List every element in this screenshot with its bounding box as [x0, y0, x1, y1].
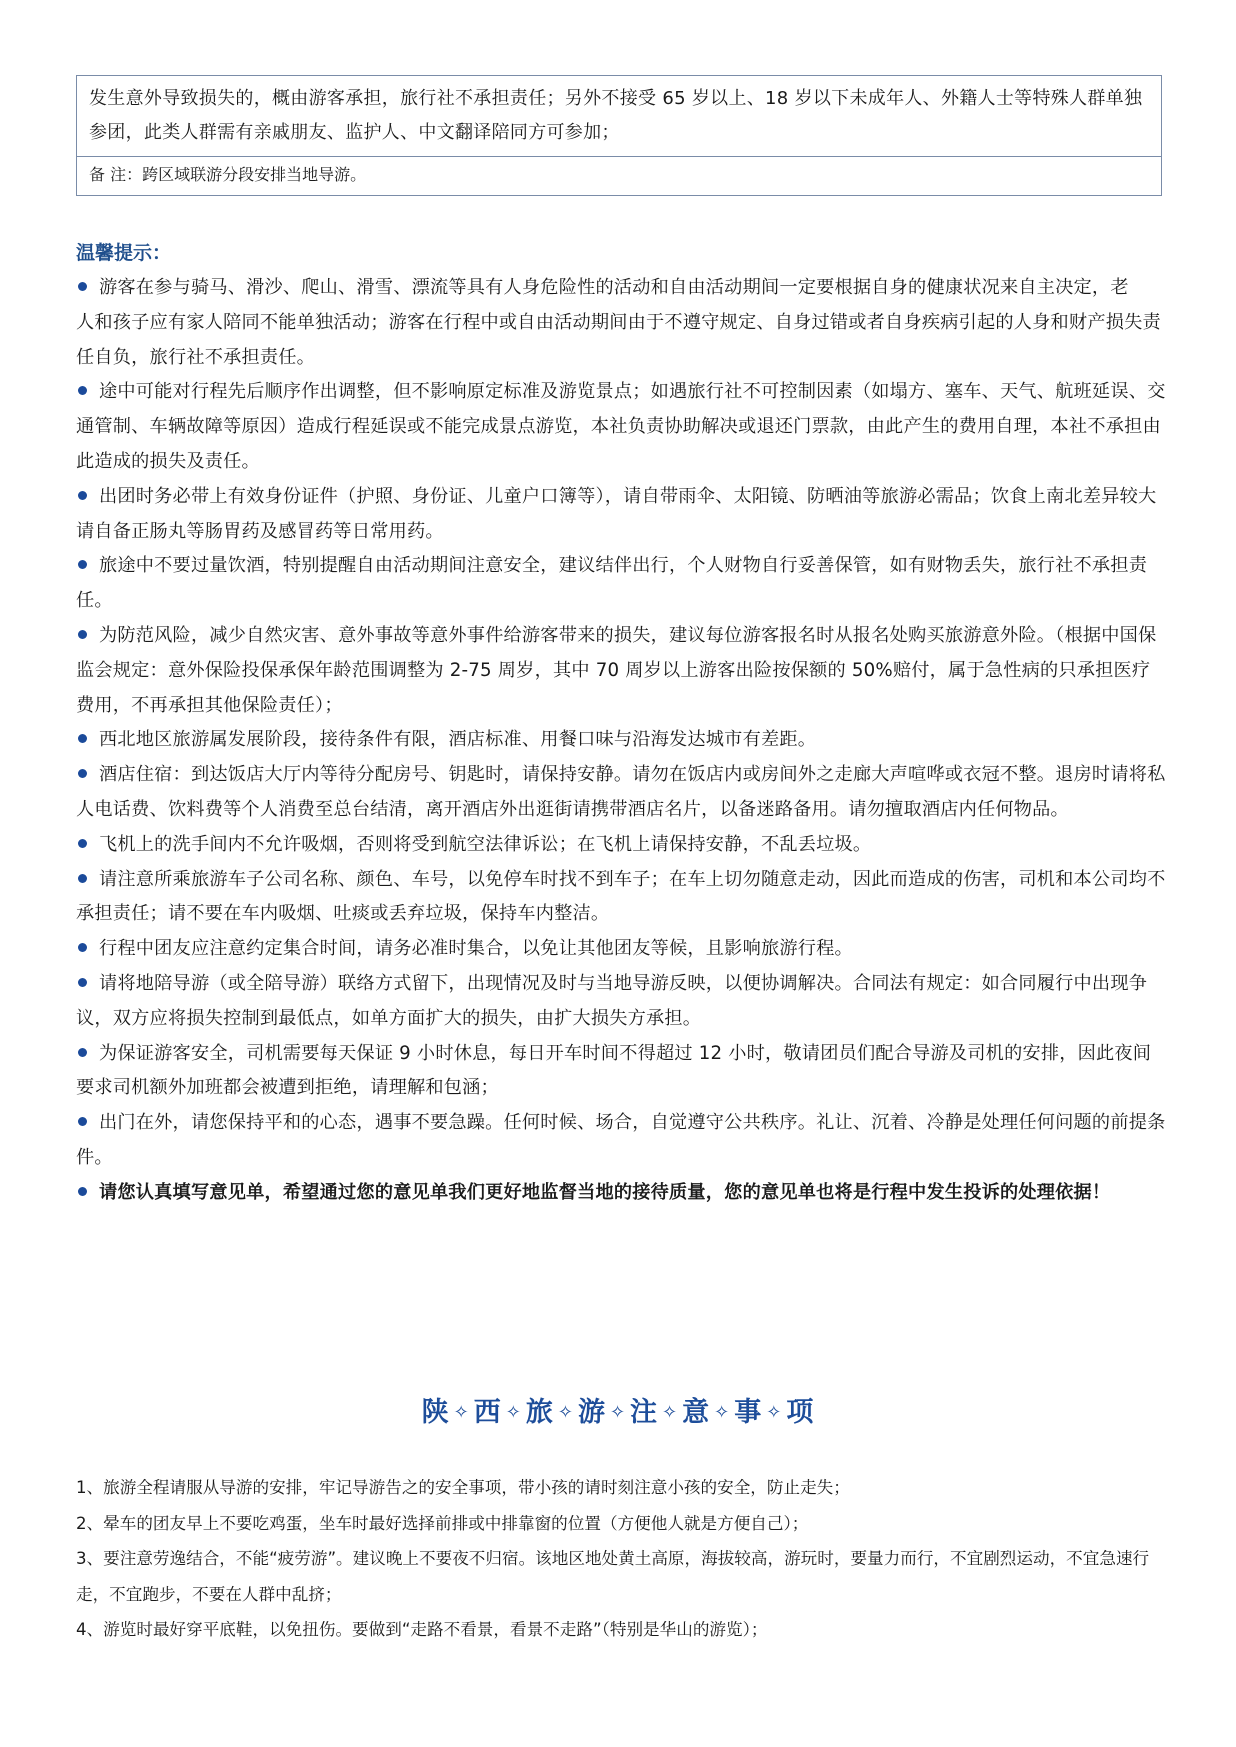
bullet-dot-icon: [78, 978, 87, 987]
bullet-dot-icon: [78, 491, 87, 500]
bullet-dot-icon: [78, 1187, 87, 1196]
tip-item: 出团时务必带上有效身份证件（护照、身份证、儿童户口簿等），请自带雨伞、太阳镜、防…: [76, 480, 1166, 550]
tip-item: 西北地区旅游属发展阶段，接待条件有限，酒店标准、用餐口味与沿海发达城市有差距。: [76, 723, 1166, 758]
bullet-dot-icon: [78, 282, 87, 291]
notice-remark-text: 备 注：跨区域联游分段安排当地导游。: [77, 157, 1161, 195]
sparkle-separator-icon: ✧: [506, 1402, 522, 1423]
bullet-dot-icon: [78, 560, 87, 569]
bullet-dot-icon: [78, 630, 87, 639]
bullet-dot-icon: [78, 1048, 87, 1057]
tip-item: 游客在参与骑马、滑沙、爬山、滑雪、漂流等具有人身危险性的活动和自由活动期间一定要…: [76, 271, 1166, 306]
tip-item: 酒店住宿：到达饭店大厅内等待分配房号、钥匙时，请保持安静。请勿在饭店内或房间外之…: [76, 758, 1166, 828]
bullet-dot-icon: [78, 874, 87, 883]
numbered-notes-list: 1、旅游全程请服从导游的安排，牢记导游告之的安全事项，带小孩的请时刻注意小孩的安…: [76, 1470, 1166, 1648]
notice-liability-text: 发生意外导致损失的，概由游客承担，旅行社不承担责任；另外不接受 65 岁以上、1…: [77, 76, 1161, 157]
tip-item: 途中可能对行程先后顺序作出调整，但不影响原定标准及游览景点；如遇旅行社不可控制因…: [76, 375, 1166, 479]
tips-list: 游客在参与骑马、滑沙、爬山、滑雪、漂流等具有人身危险性的活动和自由活动期间一定要…: [76, 271, 1166, 1211]
sparkle-separator-icon: ✧: [610, 1402, 626, 1423]
note-item: 3、要注意劳逸结合，不能“疲劳游”。建议晚上不要夜不归宿。该地区地处黄土高原，海…: [76, 1541, 1166, 1612]
bullet-dot-icon: [78, 734, 87, 743]
sparkle-separator-icon: ✧: [662, 1402, 678, 1423]
tip-item-emphasis: 请您认真填写意见单，希望通过您的意见单我们更好地监督当地的接待质量，您的意见单也…: [76, 1176, 1166, 1211]
sparkle-separator-icon: ✧: [558, 1402, 574, 1423]
tip-item: 出门在外，请您保持平和的心态，遇事不要急躁。任何时候、场合，自觉遵守公共秩序。礼…: [76, 1106, 1166, 1176]
note-item: 2、晕车的团友早上不要吃鸡蛋，坐车时最好选择前排或中排靠窗的位置（方便他人就是方…: [76, 1506, 1166, 1542]
tips-heading: 温馨提示：: [76, 240, 171, 266]
sparkle-separator-icon: ✧: [766, 1402, 782, 1423]
section-title-shaanxi-travel-notes: 陕✧西✧旅✧游✧注✧意✧事✧项: [0, 1390, 1236, 1429]
note-item: 1、旅游全程请服从导游的安排，牢记导游告之的安全事项，带小孩的请时刻注意小孩的安…: [76, 1470, 1166, 1506]
notice-table: 发生意外导致损失的，概由游客承担，旅行社不承担责任；另外不接受 65 岁以上、1…: [76, 75, 1162, 196]
tip-item: 请注意所乘旅游车子公司名称、颜色、车号，以免停车时找不到车子；在车上切勿随意走动…: [76, 863, 1166, 933]
tip-item: 行程中团友应注意约定集合时间，请务必准时集合，以免让其他团友等候，且影响旅游行程…: [76, 932, 1166, 967]
sparkle-separator-icon: ✧: [454, 1402, 470, 1423]
tip-item: 旅途中不要过量饮酒，特别提醒自由活动期间注意安全，建议结伴出行，个人财物自行妥善…: [76, 549, 1166, 619]
tip-item: 为防范风险，减少自然灾害、意外事故等意外事件给游客带来的损失，建议每位游客报名时…: [76, 619, 1166, 723]
sparkle-separator-icon: ✧: [714, 1402, 730, 1423]
tip-item: 飞机上的洗手间内不允许吸烟，否则将受到航空法律诉讼；在飞机上请保持安静，不乱丢垃…: [76, 828, 1166, 863]
bullet-dot-icon: [78, 769, 87, 778]
tip-item-continuation: 人和孩子应有家人陪同不能单独活动；游客在行程中或自由活动期间由于不遵守规定、自身…: [76, 306, 1166, 376]
tip-item: 为保证游客安全，司机需要每天保证 9 小时休息，每日开车时间不得超过 12 小时…: [76, 1037, 1166, 1107]
bullet-dot-icon: [78, 839, 87, 848]
bullet-dot-icon: [78, 386, 87, 395]
note-item: 4、游览时最好穿平底鞋，以免扭伤。要做到“走路不看景，看景不走路”（特别是华山的…: [76, 1612, 1166, 1648]
tip-item: 请将地陪导游（或全陪导游）联络方式留下，出现情况及时与当地导游反映，以便协调解决…: [76, 967, 1166, 1037]
bullet-dot-icon: [78, 943, 87, 952]
bullet-dot-icon: [78, 1117, 87, 1126]
